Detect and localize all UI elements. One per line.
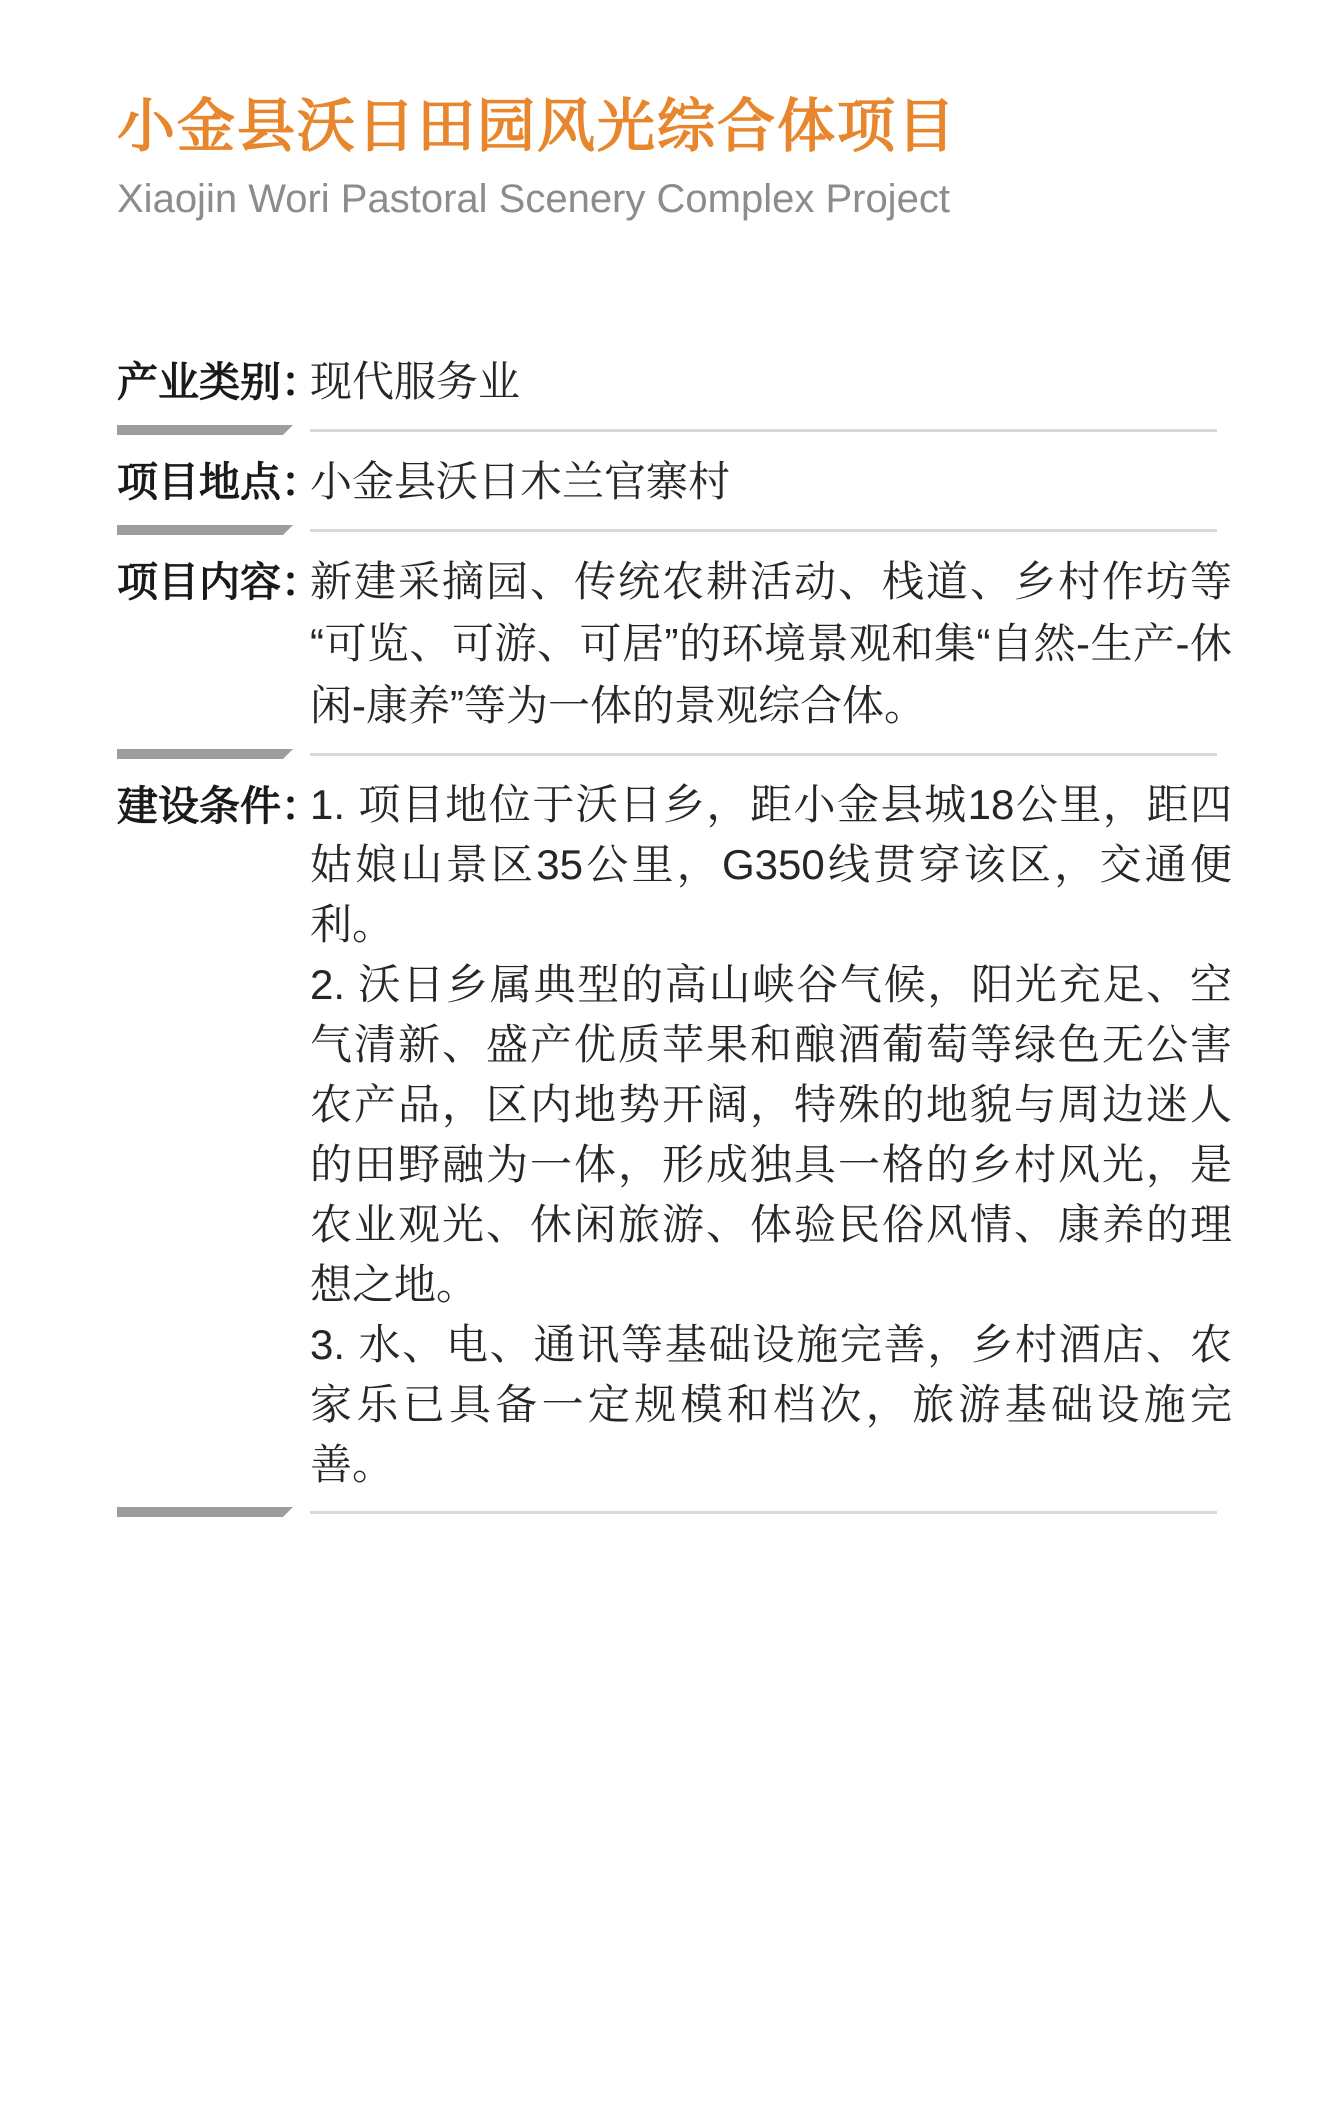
divider-thin-line bbox=[310, 429, 1217, 432]
divider-thick-bar bbox=[117, 525, 293, 535]
divider-thick-bar bbox=[117, 749, 293, 759]
field-row-project-content: 项目内容： 新建采摘园、传统农耕活动、栈道、乡村作坊等“可览、可游、可居”的环境… bbox=[117, 551, 1232, 737]
field-label-project-location: 项目地点： bbox=[117, 451, 310, 513]
field-row-industry-category: 产业类别： 现代服务业 bbox=[117, 351, 1232, 413]
project-info-sheet: 小金县沃日田园风光综合体项目 Xiaojin Wori Pastoral Sce… bbox=[0, 0, 1334, 2102]
section-divider bbox=[117, 425, 1232, 435]
fields-section: 产业类别： 现代服务业 项目地点： 小金县沃日木兰官寨村 项目内容： 新建采摘园… bbox=[117, 351, 1232, 1517]
field-label-project-content: 项目内容： bbox=[117, 551, 310, 613]
field-value-construction-conditions: 1. 项目地位于沃日乡，距小金县城18公里，距四姑娘山景区35公里，G350线贯… bbox=[310, 775, 1232, 1495]
field-value-industry-category: 现代服务业 bbox=[310, 351, 1232, 413]
section-divider bbox=[117, 525, 1232, 535]
page-title: 小金县沃日田园风光综合体项目 bbox=[117, 95, 1232, 159]
divider-thin-line bbox=[310, 753, 1217, 756]
divider-thin-line bbox=[310, 529, 1217, 532]
section-divider bbox=[117, 749, 1232, 759]
condition-item-2: 2. 沃日乡属典型的高山峡谷气候，阳光充足、空气清新、盛产优质苹果和酿酒葡萄等绿… bbox=[310, 955, 1232, 1315]
sheet-content: 小金县沃日田园风光综合体项目 Xiaojin Wori Pastoral Sce… bbox=[0, 0, 1334, 1517]
condition-item-3: 3. 水、电、通讯等基础设施完善，乡村酒店、农家乐已具备一定规模和档次，旅游基础… bbox=[310, 1315, 1232, 1495]
field-label-industry-category: 产业类别： bbox=[117, 351, 310, 413]
divider-thick-bar bbox=[117, 425, 293, 435]
field-label-construction-conditions: 建设条件： bbox=[117, 775, 310, 837]
page-subtitle: Xiaojin Wori Pastoral Scenery Complex Pr… bbox=[117, 175, 1232, 223]
field-row-construction-conditions: 建设条件： 1. 项目地位于沃日乡，距小金县城18公里，距四姑娘山景区35公里，… bbox=[117, 775, 1232, 1495]
field-value-project-location: 小金县沃日木兰官寨村 bbox=[310, 451, 1232, 513]
divider-thin-line bbox=[310, 1511, 1217, 1514]
section-divider bbox=[117, 1507, 1232, 1517]
field-value-project-content: 新建采摘园、传统农耕活动、栈道、乡村作坊等“可览、可游、可居”的环境景观和集“自… bbox=[310, 551, 1232, 737]
condition-item-1: 1. 项目地位于沃日乡，距小金县城18公里，距四姑娘山景区35公里，G350线贯… bbox=[310, 775, 1232, 955]
divider-thick-bar bbox=[117, 1507, 293, 1517]
field-row-project-location: 项目地点： 小金县沃日木兰官寨村 bbox=[117, 451, 1232, 513]
